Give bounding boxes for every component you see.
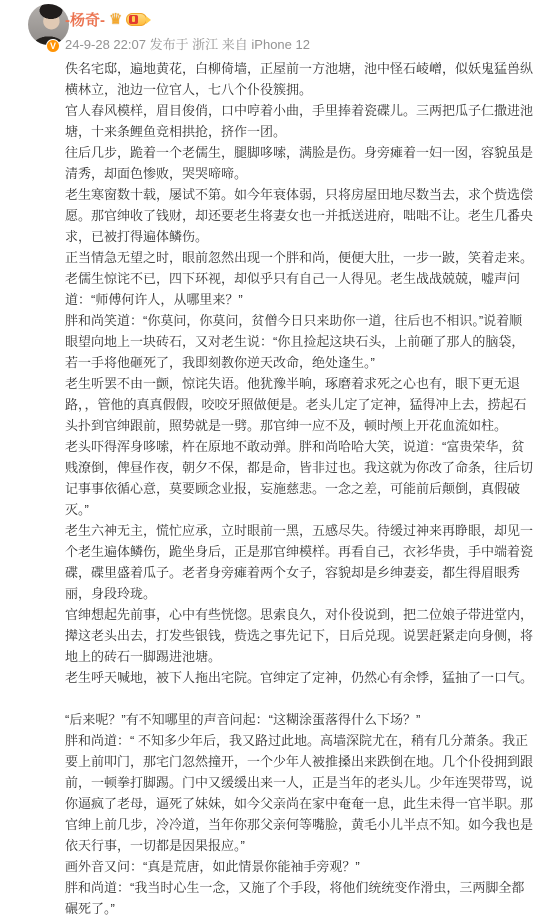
post-paragraph: 老生呼天喊地，被下人拖出宅院。官绅定了定神，仍然心有余悸，猛抽了一口气。 <box>65 667 535 688</box>
post-paragraph: 往后几步，跪着一个老儒生，腿脚哆嗦，满脸是伤。身旁瘫着一妇一囡，容貌虽是清秀，却… <box>65 142 535 184</box>
verified-v-icon: V <box>46 39 60 53</box>
post-paragraph: 老生六神无主，慌忙应承，立时眼前一黑，五感尽失。待缓过神来再睁眼，却见一个老生遍… <box>65 520 535 604</box>
post-paragraph: 胖和尚道：“ 不知多少年后，我又路过此地。高墙深院尤在，稍有几分萧条。我正要上前… <box>65 730 535 856</box>
author-row: -杨奇- ♛ <box>65 10 147 28</box>
vip-level-badge[interactable] <box>126 13 147 26</box>
post-body: 佚名宅邸，遍地黄花，白柳倚墙，正屋前一方池塘，池中怪石崚嶒，似妖鬼猛兽纵横林立，… <box>65 58 535 919</box>
post-paragraph: 老生听罢不由一颤，惊诧失语。他犹豫半晌，琢磨着求死之心也有，眼下更无退路，，管他… <box>65 373 535 436</box>
post-paragraph: 胖和尚道：“我当时心生一念，又施了个手段，将他们统统变作滑虫，三两脚全都碾死了。… <box>65 877 535 919</box>
vip-crown-icon[interactable]: ♛ <box>109 12 122 27</box>
vip-level-icon <box>129 15 138 24</box>
post-paragraph: “后来呢？”有不知哪里的声音问起：“这糊涂蛋落得什么下场？” <box>65 709 535 730</box>
post-meta: 24-9-28 22:07 发布于 浙江 来自 iPhone 12 <box>65 34 310 53</box>
post-paragraph: 老生寒窗数十载，屡试不第。如今年衰体弱，只将房屋田地尽数当去，求个赀选偿愿。那官… <box>65 184 535 247</box>
post-paragraph: 胖和尚笑道：“你莫问，你莫问，贫僧今日只来助你一道，往后也不相识。”说着顺眼望向… <box>65 310 535 373</box>
author-name[interactable]: -杨奇- <box>65 9 105 30</box>
post-paragraph: 佚名宅邸，遍地黄花，白柳倚墙，正屋前一方池塘，池中怪石崚嶒，似妖鬼猛兽纵横林立，… <box>65 58 535 100</box>
post-paragraph: 老头吓得浑身哆嗦，杵在原地不敢动弹。胖和尚哈哈大笑，说道：“富贵荣华，贫贱潦倒，… <box>65 436 535 520</box>
post-paragraph: 官人春风模样，眉目俊俏，口中哼着小曲，手里捧着瓷碟儿。三两把瓜子仁撒进池塘，十来… <box>65 100 535 142</box>
post-paragraph: 官绅想起先前事，心中有些恍惚。思索良久，对仆役说到，把二位娘子带进堂内，撵这老头… <box>65 604 535 667</box>
blank-line <box>65 688 535 709</box>
post-paragraph: 画外音又问：“真是荒唐，如此情景你能袖手旁观？” <box>65 856 535 877</box>
avatar[interactable] <box>28 4 69 45</box>
post-paragraph: 正当情急无望之时，眼前忽然出现一个胖和尚，便便大肚，一步一跛，笑着走来。老儒生惊… <box>65 247 535 310</box>
weibo-post: V -杨奇- ♛ 24-9-28 22:07 发布于 浙江 来自 iPhone … <box>0 0 550 921</box>
